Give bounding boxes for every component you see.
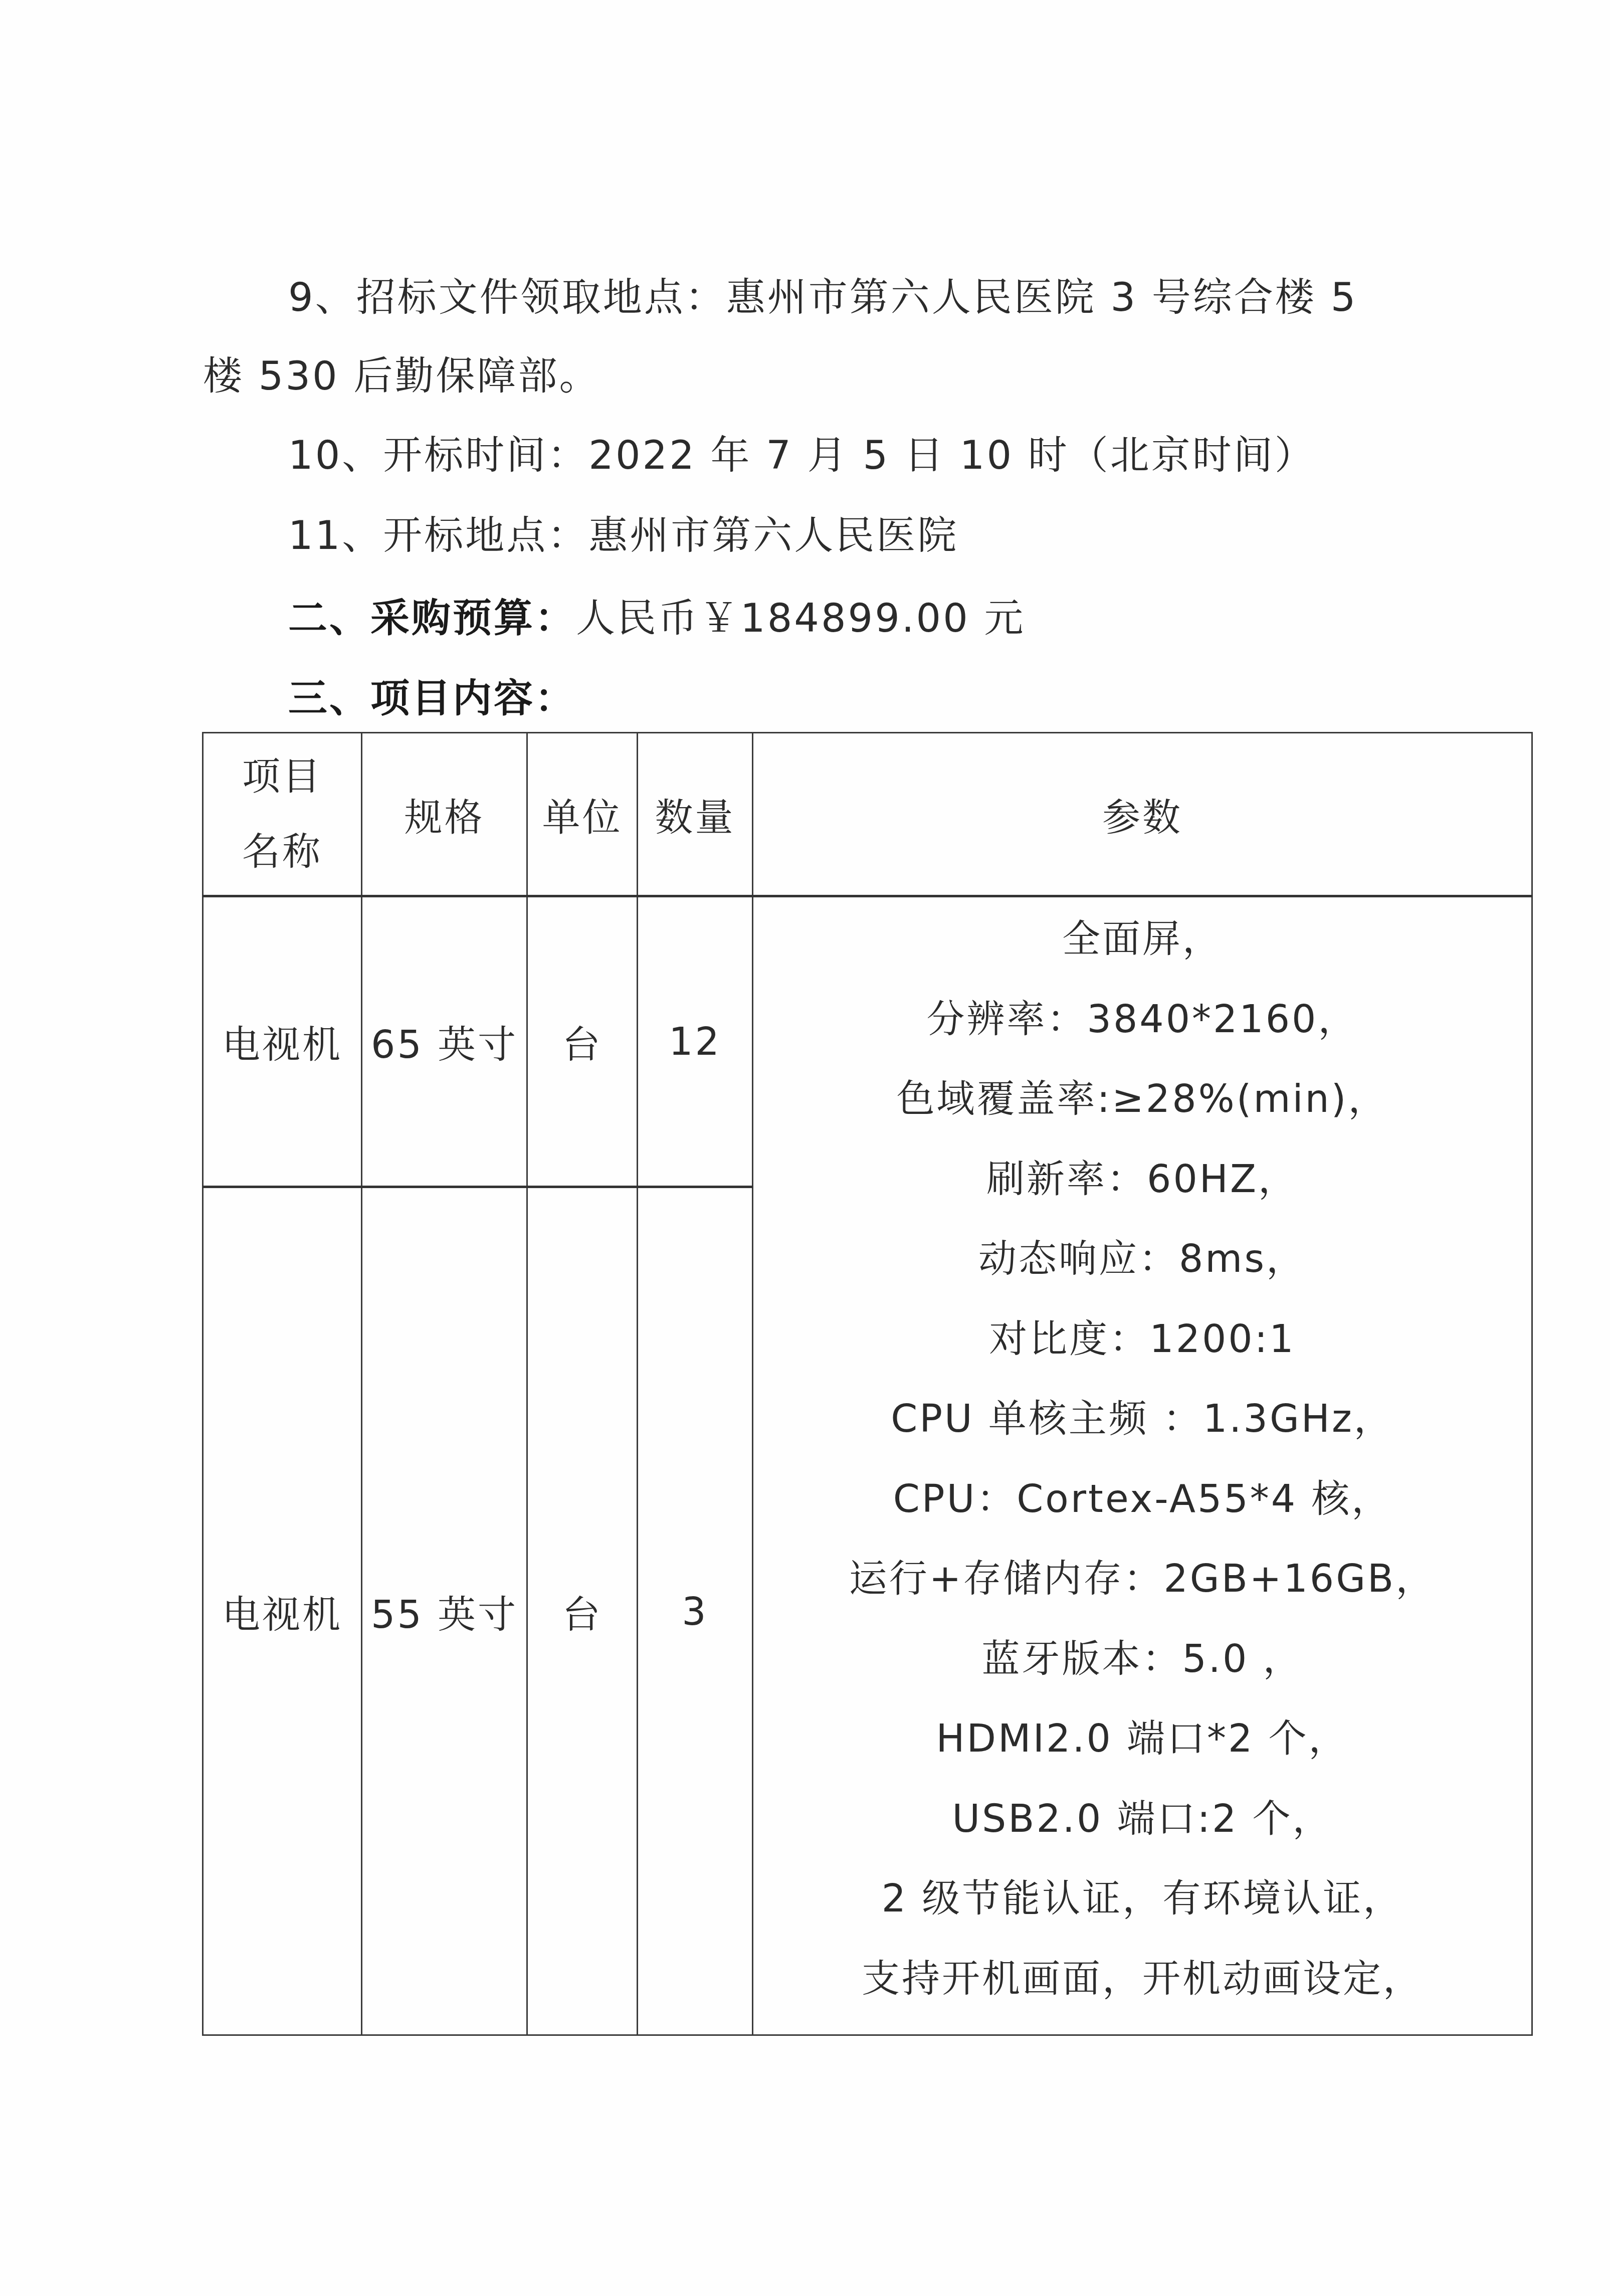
cell-project-name: 电视机 — [203, 896, 362, 1187]
section-project-content-heading: 三、项目内容： — [288, 676, 576, 721]
param-line: 动态响应：8ms， — [753, 1231, 1531, 1311]
header-unit: 单位 — [527, 733, 638, 896]
paragraph-bid-opening-time: 10、开标时间：2022 年 7 月 5 日 10 时（北京时间） — [288, 436, 1316, 475]
param-line: CPU 单核主频 ：1.3GHz， — [753, 1391, 1531, 1471]
document-page: 9、招标文件领取地点：惠州市第六人民医院 3 号综合楼 5 楼 530 后勤保障… — [0, 0, 1610, 2296]
section-budget-amount: 人民币￥184899.00 元 — [576, 596, 1026, 641]
cell-unit: 台 — [527, 1187, 638, 2035]
header-project-name: 项目名称 — [203, 733, 362, 896]
param-line: 2 级节能认证，有环境认证， — [753, 1871, 1531, 1951]
section-project-content: 三、项目内容： — [288, 679, 576, 718]
section-budget: 二、采购预算：人民币￥184899.00 元 — [288, 599, 1026, 638]
cell-params: 全面屏， 分辨率：3840*2160， 色域覆盖率:≥28%(min)， 刷新率… — [753, 896, 1532, 2035]
header-spec: 规格 — [362, 733, 527, 896]
param-line: HDMI2.0 端口*2 个， — [753, 1711, 1531, 1791]
param-line: 蓝牙版本：5.0 ， — [753, 1631, 1531, 1711]
section-budget-heading: 二、采购预算： — [288, 596, 576, 641]
paragraph-bid-opening-location: 11、开标地点：惠州市第六人民医院 — [288, 516, 958, 555]
header-quantity: 数量 — [638, 733, 753, 896]
cell-quantity: 12 — [638, 896, 753, 1187]
header-params: 参数 — [753, 733, 1532, 896]
param-line: 对比度：1200:1 — [753, 1311, 1531, 1392]
param-line: 运行+存储内存：2GB+16GB， — [753, 1551, 1531, 1631]
param-line: CPU：Cortex-A55*4 核， — [753, 1471, 1531, 1552]
param-line: USB2.0 端口:2 个， — [753, 1791, 1531, 1871]
cell-project-name: 电视机 — [203, 1187, 362, 2035]
param-line: 刷新率：60HZ， — [753, 1152, 1531, 1232]
table-header-row: 项目名称 规格 单位 数量 参数 — [203, 733, 1532, 896]
paragraph-pickup-location-line1: 9、招标文件领取地点：惠州市第六人民医院 3 号综合楼 5 — [288, 278, 1357, 317]
param-line: 色域覆盖率:≥28%(min)， — [753, 1071, 1531, 1152]
cell-unit: 台 — [527, 896, 638, 1187]
project-content-table: 项目名称 规格 单位 数量 参数 电视机 65 英寸 台 12 全面屏， 分辨率… — [202, 732, 1533, 2036]
cell-quantity: 3 — [638, 1187, 753, 2035]
cell-spec: 65 英寸 — [362, 896, 527, 1187]
param-line: 全面屏， — [753, 911, 1531, 992]
table-row: 电视机 65 英寸 台 12 全面屏， 分辨率：3840*2160， 色域覆盖率… — [203, 896, 1532, 1187]
param-line: 分辨率：3840*2160， — [753, 992, 1531, 1072]
param-line: 支持开机画面，开机动画设定， — [753, 1951, 1531, 2031]
paragraph-pickup-location-line2: 楼 530 后勤保障部。 — [203, 357, 600, 396]
cell-spec: 55 英寸 — [362, 1187, 527, 2035]
